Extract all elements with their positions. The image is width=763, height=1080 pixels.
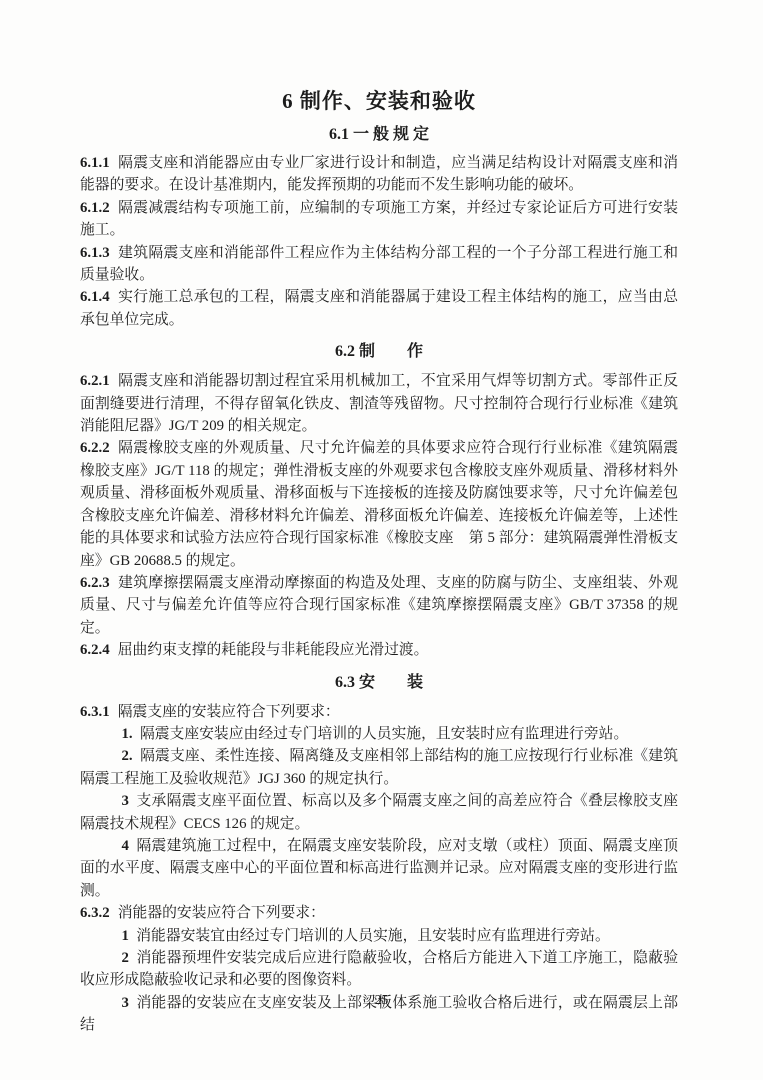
clause-6-3-2-item-2: 2消能器预埋件安装完成后应进行隐蔽验收，合格后方能进入下道工序施工，隐蔽验收应形… — [80, 947, 678, 992]
clause-6-3-1-item-1: 1.隔震支座安装应由经过专门培训的人员实施，且安装时应有监理进行旁站。 — [80, 723, 678, 745]
clause-number: 6.2.3 — [80, 575, 110, 591]
clause-6-3-2-item-1: 1消能器安装宜由经过专门培训的人员实施，且安装时应有监理进行旁站。 — [80, 925, 678, 947]
document-page: 6 制作、安装和验收 6.1 一 般 规 定 6.1.1隔震支座和消能器应由专业… — [0, 0, 763, 1080]
clause-6-2-2: 6.2.2隔震橡胶支座的外观质量、尺寸允许偏差的具体要求应符合现行行业标准《建筑… — [80, 437, 678, 571]
page-number: 25 — [0, 990, 763, 1010]
clause-text: 隔震橡胶支座的外观质量、尺寸允许偏差的具体要求应符合现行行业标准《建筑隔震橡胶支… — [80, 440, 678, 568]
section-6-2: 6.2 制 作 6.2.1隔震支座和消能器切割过程宜采用机械加工，不宜采用气焊等… — [80, 341, 678, 661]
clause-text: 隔震支座的安装应符合下列要求： — [118, 704, 340, 720]
clause-number: 6.1.3 — [80, 245, 110, 261]
item-text: 隔震建筑施工过程中，在隔震支座安装阶段，应对支墩（或柱）顶面、隔震支座顶面的水平… — [80, 838, 678, 899]
item-number: 2 — [121, 950, 128, 966]
item-number: 3 — [121, 793, 128, 809]
clause-text: 实行施工总承包的工程，隔震支座和消能器属于建设工程主体结构的施工，应当由总承包单… — [80, 289, 678, 327]
item-number: 1. — [121, 726, 132, 742]
clause-text: 隔震支座和消能器切割过程宜采用机械加工，不宜采用气焊等切割方式。零部件正反面割缝… — [80, 373, 678, 434]
clause-text: 隔震减震结构专项施工前，应编制的专项施工方案，并经过专家论证后方可进行安装施工。 — [80, 200, 678, 238]
section-heading-6-2: 6.2 制 作 — [80, 341, 678, 363]
clause-6-3-1: 6.3.1隔震支座的安装应符合下列要求： — [80, 701, 678, 723]
item-text: 消能器预埋件安装完成后应进行隐蔽验收，合格后方能进入下道工序施工，隐蔽验收应形成… — [80, 950, 678, 988]
item-text: 支承隔震支座平面位置、标高以及多个隔震支座之间的高差应符合《叠层橡胶支座隔震技术… — [80, 793, 678, 831]
clause-6-3-2: 6.3.2消能器的安装应符合下列要求： — [80, 902, 678, 924]
clause-6-3-1-item-4: 4隔震建筑施工过程中，在隔震支座安装阶段，应对支墩（或柱）顶面、隔震支座顶面的水… — [80, 835, 678, 902]
item-number: 4 — [121, 838, 128, 854]
item-number: 1 — [121, 928, 128, 944]
section-heading-6-1: 6.1 一 般 规 定 — [80, 124, 678, 146]
item-text: 隔震支座安装应由经过专门培训的人员实施，且安装时应有监理进行旁站。 — [140, 726, 628, 742]
clause-number: 6.2.4 — [80, 642, 110, 658]
clause-text: 建筑摩擦摆隔震支座滑动摩擦面的构造及处理、支座的防腐与防尘、支座组装、外观质量、… — [80, 575, 678, 636]
clause-6-3-1-item-3: 3支承隔震支座平面位置、标高以及多个隔震支座之间的高差应符合《叠层橡胶支座隔震技… — [80, 790, 678, 835]
item-text: 隔震支座、柔性连接、隔离缝及支座相邻上部结构的施工应按现行行业标准《建筑隔震工程… — [80, 748, 678, 786]
clause-number: 6.1.4 — [80, 289, 110, 305]
clause-6-2-1: 6.2.1隔震支座和消能器切割过程宜采用机械加工，不宜采用气焊等切割方式。零部件… — [80, 370, 678, 437]
clause-number: 6.3.1 — [80, 704, 110, 720]
clause-text: 建筑隔震支座和消能部件工程应作为主体结构分部工程的一个子分部工程进行施工和质量验… — [80, 245, 678, 283]
clause-text: 屈曲约束支撑的耗能段与非耗能段应光滑过渡。 — [118, 642, 429, 658]
clause-number: 6.2.2 — [80, 440, 110, 456]
clause-number: 6.3.2 — [80, 905, 110, 921]
section-6-3: 6.3 安 装 6.3.1隔震支座的安装应符合下列要求： 1.隔震支座安装应由经… — [80, 672, 678, 1037]
clause-text: 隔震支座和消能器应由专业厂家进行设计和制造，应当满足结构设计对隔震支座和消能器的… — [80, 155, 678, 193]
clause-text: 消能器的安装应符合下列要求： — [118, 905, 325, 921]
clause-number: 6.2.1 — [80, 373, 110, 389]
chapter-title: 6 制作、安装和验收 — [80, 88, 678, 114]
clause-6-2-4: 6.2.4屈曲约束支撑的耗能段与非耗能段应光滑过渡。 — [80, 639, 678, 661]
clause-6-1-3: 6.1.3建筑隔震支座和消能部件工程应作为主体结构分部工程的一个子分部工程进行施… — [80, 242, 678, 287]
clause-number: 6.1.2 — [80, 200, 110, 216]
clause-number: 6.1.1 — [80, 155, 110, 171]
clause-6-1-2: 6.1.2隔震减震结构专项施工前，应编制的专项施工方案，并经过专家论证后方可进行… — [80, 197, 678, 242]
clause-6-2-3: 6.2.3建筑摩擦摆隔震支座滑动摩擦面的构造及处理、支座的防腐与防尘、支座组装、… — [80, 572, 678, 639]
clause-6-1-1: 6.1.1隔震支座和消能器应由专业厂家进行设计和制造，应当满足结构设计对隔震支座… — [80, 152, 678, 197]
item-text: 消能器安装宜由经过专门培训的人员实施，且安装时应有监理进行旁站。 — [136, 928, 610, 944]
clause-6-1-4: 6.1.4实行施工总承包的工程，隔震支座和消能器属于建设工程主体结构的施工，应当… — [80, 286, 678, 331]
item-number: 2. — [121, 748, 132, 764]
section-6-1: 6.1 一 般 规 定 6.1.1隔震支座和消能器应由专业厂家进行设计和制造，应… — [80, 124, 678, 331]
section-heading-6-3: 6.3 安 装 — [80, 672, 678, 694]
clause-6-3-1-item-2: 2.隔震支座、柔性连接、隔离缝及支座相邻上部结构的施工应按现行行业标准《建筑隔震… — [80, 745, 678, 790]
